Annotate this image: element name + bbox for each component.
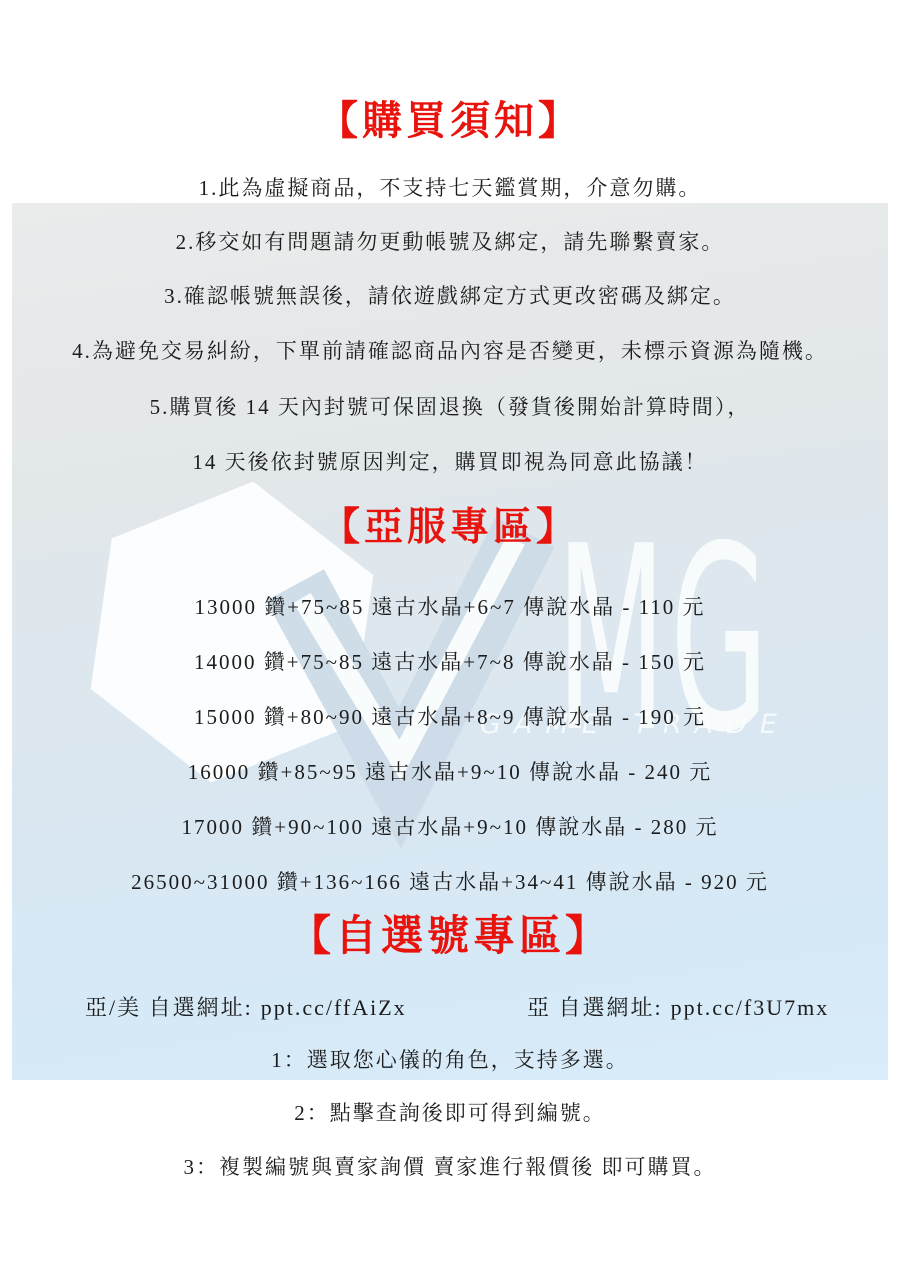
link-url: ppt.cc/f3U7mx (671, 995, 830, 1020)
notice-item-2: 2.移交如有問題請勿更動帳號及綁定，請先聯繫賣家。 (0, 227, 900, 257)
price-item-1: 13000 鑽+75~85 遠古水晶+6~7 傳說水晶 - 110 元 (0, 592, 900, 622)
price-item-4: 16000 鑽+85~95 遠古水晶+9~10 傳說水晶 - 240 元 (0, 757, 900, 787)
poster: MG GAME TRADE 【購買須知】 1.此為虛擬商品，不支持七天鑑賞期，介… (0, 0, 900, 1273)
price-item-3: 15000 鑽+80~90 遠古水晶+8~9 傳說水晶 - 190 元 (0, 702, 900, 732)
notice-item-1: 1.此為虛擬商品，不支持七天鑑賞期，介意勿購。 (0, 173, 900, 203)
asia-server-section-title: 【亞服專區】 (0, 504, 900, 552)
link-label: 亞 自選網址: (527, 995, 663, 1020)
purchase-notice-title: 【購買須知】 (0, 97, 900, 145)
price-item-2: 14000 鑽+75~85 遠古水晶+7~8 傳說水晶 - 150 元 (0, 647, 900, 677)
asia-selection-link: 亞 自選網址:ppt.cc/f3U7mx (527, 993, 829, 1023)
asia-us-selection-link: 亞/美 自選網址:ppt.cc/ffAiZx (85, 993, 407, 1023)
step-item-3: 3：複製編號與賣家詢價 賣家進行報價後 即可購買。 (0, 1152, 900, 1182)
step-item-2: 2：點擊查詢後即可得到編號。 (0, 1098, 900, 1128)
notice-item-5: 5.購買後 14 天內封號可保固退換（發貨後開始計算時間）， (0, 392, 900, 422)
link-url: ppt.cc/ffAiZx (261, 995, 407, 1020)
link-label: 亞/美 自選網址: (85, 995, 253, 1020)
step-item-1: 1：選取您心儀的角色，支持多選。 (0, 1045, 900, 1075)
price-item-5: 17000 鑽+90~100 遠古水晶+9~10 傳說水晶 - 280 元 (0, 812, 900, 842)
price-item-6: 26500~31000 鑽+136~166 遠古水晶+34~41 傳說水晶 - … (0, 867, 900, 897)
custom-account-section-title: 【自選號專區】 (0, 912, 900, 962)
notice-item-4: 4.為避免交易糾紛，下單前請確認商品內容是否變更，未標示資源為隨機。 (0, 336, 900, 366)
notice-item-5-continued: 14 天後依封號原因判定，購買即視為同意此協議！ (0, 447, 900, 477)
notice-item-3: 3.確認帳號無誤後，請依遊戲綁定方式更改密碼及綁定。 (0, 281, 900, 311)
